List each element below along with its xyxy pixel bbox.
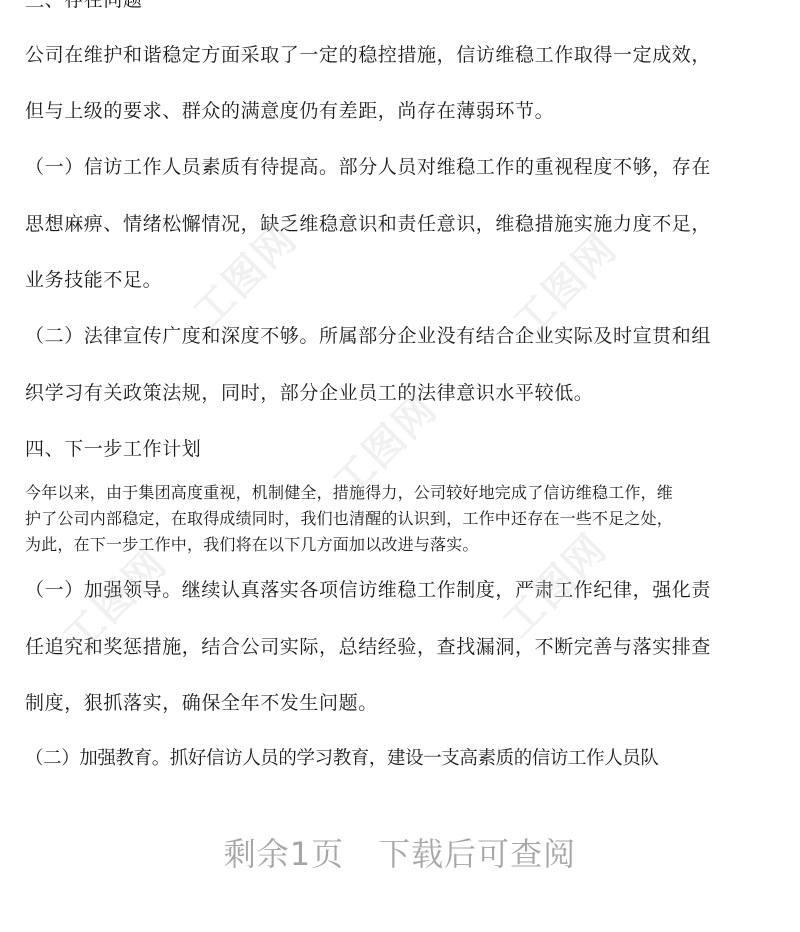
paragraph-line: 任追究和奖惩措施，结合公司实际，总结经验，查找漏洞，不断完善与落实排查 xyxy=(25,635,711,659)
section-heading-next-steps: 四、下一步工作计划 xyxy=(25,437,201,461)
paragraph-line: （一）加强领导。继续认真落实各项信访维稳工作制度，严肃工作纪律，强化责 xyxy=(25,578,711,602)
paragraph-line: 今年以来，由于集团高度重视，机制健全，措施得力，公司较好地完成了信访维稳工作，维 xyxy=(25,482,673,504)
paragraph-line: 制度，狠抓落实，确保全年不发生问题。 xyxy=(25,691,378,715)
remaining-pages-label: 剩余1页 xyxy=(224,835,344,873)
paragraph-line: 为此，在下一步工作中，我们将在以下几方面加以改进与落实。 xyxy=(25,534,479,556)
download-to-read-more-button[interactable]: 剩余1页下载后可查阅 xyxy=(0,832,800,876)
paragraph-line: 思想麻痹、情绪松懈情况，缺乏维稳意识和责任意识，维稳措施实施力度不足， xyxy=(25,212,711,236)
download-hint-label: 下载后可查阅 xyxy=(378,835,576,873)
paragraph-line: 业务技能不足。 xyxy=(25,268,162,292)
paragraph-line: （二）法律宣传广度和深度不够。所属部分企业没有结合企业实际及时宣贯和组 xyxy=(25,324,711,348)
paragraph-line: （一）信访工作人员素质有待提高。部分人员对维稳工作的重视程度不够，存在 xyxy=(25,155,711,179)
paragraph-line: （二）加强教育。抓好信访人员的学习教育，建设一支高素质的信访工作人员队 xyxy=(25,747,659,771)
section-heading-problems: 三、存在问题 xyxy=(25,0,143,12)
document-page: 三、存在问题 公司在维护和谐稳定方面采取了一定的稳控措施，信访维稳工作取得一定成… xyxy=(0,0,800,800)
paragraph-line: 护了公司内部稳定，在取得成绩同时，我们也清醒的认识到，工作中还存在一些不足之处， xyxy=(25,508,673,530)
paragraph-line: 但与上级的要求、群众的满意度仍有差距，尚存在薄弱环节。 xyxy=(25,99,554,123)
paragraph-line: 织学习有关政策法规，同时，部分企业员工的法律意识水平较低。 xyxy=(25,381,593,405)
paragraph-line: 公司在维护和谐稳定方面采取了一定的稳控措施，信访维稳工作取得一定成效， xyxy=(25,43,711,67)
